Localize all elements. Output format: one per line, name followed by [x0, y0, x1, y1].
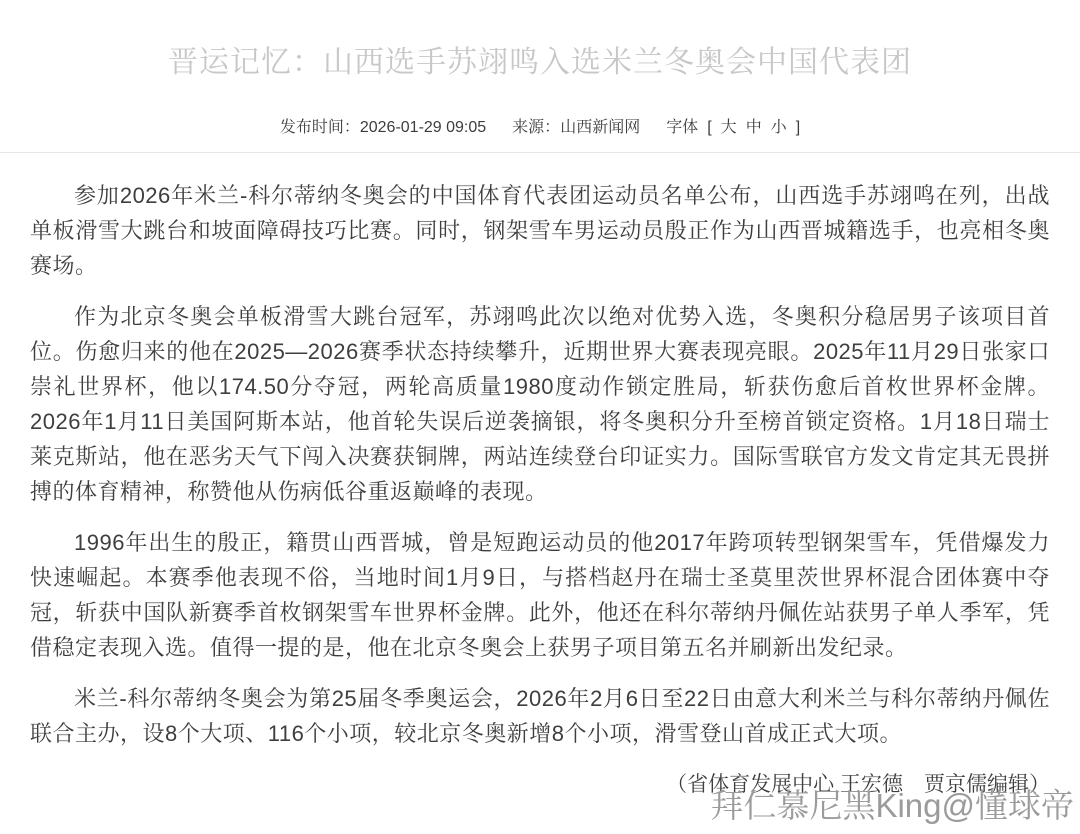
article-meta: 发布时间：2026-01-29 09:05 来源：山西新闻网 字体 [ 大 中 … — [0, 118, 1080, 138]
watermark-text: 拜仁慕尼黑King@懂球帝 — [710, 786, 1074, 826]
article-paragraph-2: 作为北京冬奥会单板滑雪大跳台冠军，苏翊鸣此次以绝对优势入选，冬奥积分稳居男子该项… — [30, 299, 1050, 509]
article-paragraph-4: 米兰-科尔蒂纳冬奥会为第25届冬季奥运会，2026年2月6日至22日由意大利米兰… — [30, 681, 1050, 751]
source-value: 山西新闻网 — [560, 119, 640, 136]
article-body: 参加2026年米兰-科尔蒂纳冬奥会的中国体育代表团运动员名单公布，山西选手苏翊鸣… — [0, 153, 1080, 801]
article-paragraph-1: 参加2026年米兰-科尔蒂纳冬奥会的中国体育代表团运动员名单公布，山西选手苏翊鸣… — [30, 178, 1050, 283]
source: 来源：山西新闻网 — [512, 118, 640, 138]
font-size-large-button[interactable]: 大 — [721, 118, 737, 138]
font-size-label: 字体 — [666, 118, 698, 138]
source-label: 来源： — [512, 119, 560, 136]
publish-time-value: 2026-01-29 09:05 — [360, 119, 486, 136]
font-size-small-button[interactable]: 小 — [771, 118, 787, 138]
font-size-medium-button[interactable]: 中 — [746, 118, 762, 138]
article-page: 晋运记忆：山西选手苏翊鸣入选米兰冬奥会中国代表团 发布时间：2026-01-29… — [0, 0, 1080, 834]
font-size-bracket-open: [ — [707, 118, 711, 138]
article-header: 晋运记忆：山西选手苏翊鸣入选米兰冬奥会中国代表团 发布时间：2026-01-29… — [0, 0, 1080, 138]
publish-time: 发布时间：2026-01-29 09:05 — [280, 118, 486, 138]
font-size-controls: 字体 [ 大 中 小 ] — [666, 118, 800, 138]
font-size-bracket-close: ] — [796, 118, 800, 138]
article-paragraph-3: 1996年出生的殷正，籍贯山西晋城，曾是短跑运动员的他2017年跨项转型钢架雪车… — [30, 525, 1050, 665]
page-title: 晋运记忆：山西选手苏翊鸣入选米兰冬奥会中国代表团 — [0, 46, 1080, 80]
publish-time-label: 发布时间： — [280, 119, 360, 136]
